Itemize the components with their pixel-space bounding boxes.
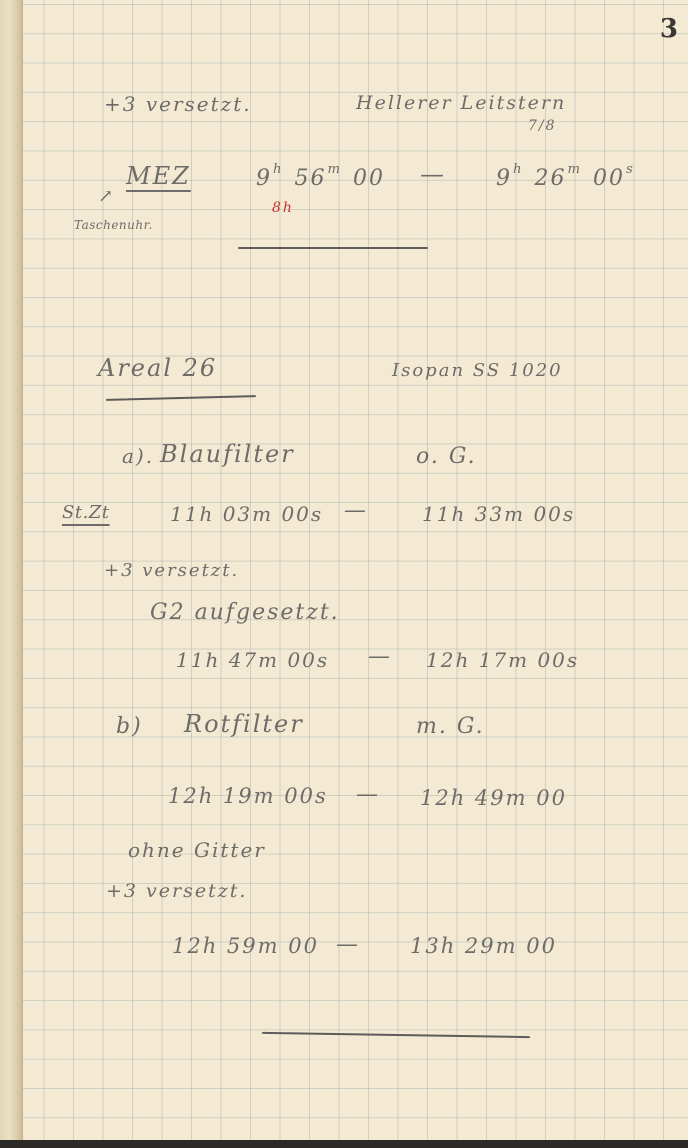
label-mez: MEZ — [126, 162, 191, 190]
areal-title: Areal 26 — [98, 354, 217, 382]
note-b-versetzt: +3 versetzt. — [106, 880, 247, 902]
filter-b: Rotfilter — [184, 710, 304, 738]
note-a-versetzt: +3 versetzt. — [104, 560, 239, 581]
dash: — — [420, 160, 446, 188]
page-binding-edge — [0, 0, 23, 1140]
note-b-ohne-gitter: ohne Gitter — [128, 838, 266, 862]
section-a-label: a). — [122, 444, 154, 468]
section-b-label: b) — [116, 714, 143, 739]
correction-fraction: 7/8 — [528, 118, 557, 134]
time-end-mez: 9h 26m 00s — [496, 162, 637, 191]
filter-a: Blaufilter — [160, 440, 295, 468]
dash: — — [356, 782, 380, 807]
time-b1-end: 12h 49m 00 — [420, 786, 567, 810]
end-separator-line — [262, 1032, 530, 1038]
time-start-mez: 9h 56m 00 — [256, 162, 385, 191]
note-leitstern: Hellerer Leitstern — [356, 92, 566, 114]
clock-label-stzt: St.Zt — [62, 502, 110, 523]
dash: — — [344, 498, 368, 523]
dash: — — [368, 644, 392, 669]
grating-b: m. G. — [416, 714, 485, 739]
time-a1-end: 11h 33m 00s — [422, 502, 575, 526]
title-underline — [106, 395, 256, 401]
time-a1-start: 11h 03m 00s — [170, 502, 323, 526]
page-bottom-edge — [0, 1140, 688, 1148]
note-a-aufgesetzt: G2 aufgesetzt. — [150, 600, 340, 625]
time-a2-start: 11h 47m 00s — [176, 648, 329, 672]
time-b2-start: 12h 59m 00 — [172, 934, 319, 958]
plate-type: Isopan SS 1020 — [392, 360, 563, 381]
dash: — — [336, 932, 360, 957]
side-note-taschenuhr: Taschenuhr. — [74, 218, 153, 232]
page-number: 3 — [660, 14, 678, 44]
separator-line — [238, 247, 428, 249]
note-versetzt: +3 versetzt. — [104, 92, 252, 116]
time-b1-start: 12h 19m 00s — [168, 784, 328, 808]
grating-a: o. G. — [416, 444, 477, 469]
arrow-icon: ↗ — [98, 186, 115, 207]
time-b2-end: 13h 29m 00 — [410, 934, 557, 958]
time-a2-end: 12h 17m 00s — [426, 648, 579, 672]
red-correction: 8h — [272, 200, 294, 216]
notebook-page: 3 +3 versetzt. Hellerer Leitstern 7/8 ME… — [0, 0, 688, 1140]
